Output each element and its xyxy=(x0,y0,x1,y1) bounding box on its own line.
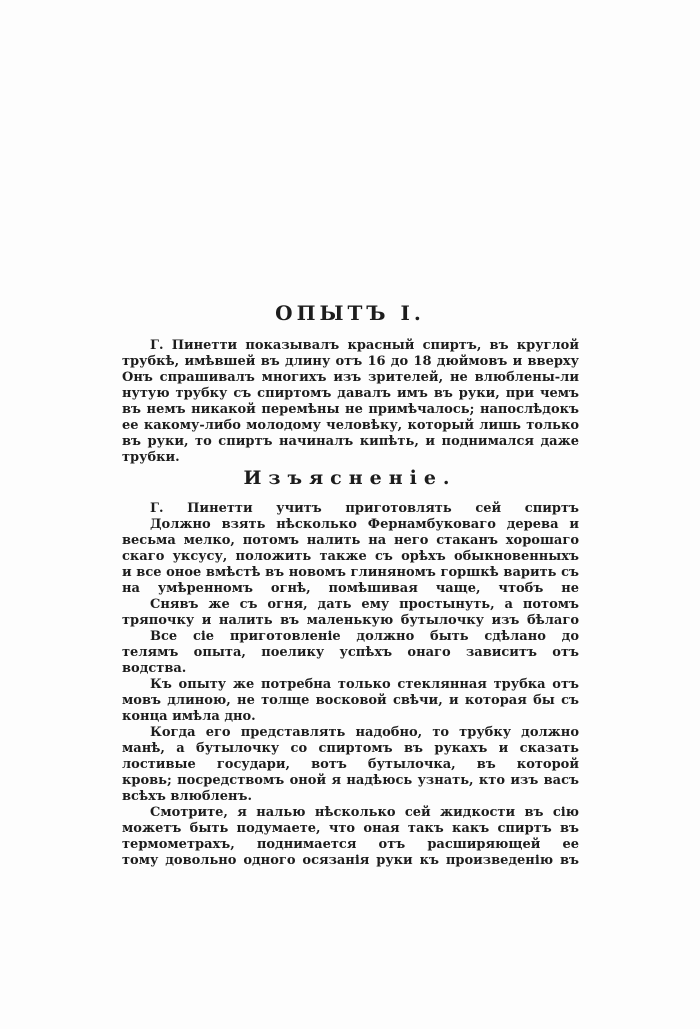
text-line: Должно взять нѣсколько Фернамбуковаго де… xyxy=(122,517,579,533)
text-line: тому довольно одного осязанія руки къ пр… xyxy=(122,853,579,869)
text-line: лостивые государи, вотъ бутылочка, въ ко… xyxy=(122,757,579,773)
paragraph-straining: Снявъ же съ огня, дать ему простынуть, а… xyxy=(122,597,579,629)
explanation-text-block: Г. Пинетти учитъ приготовлять сей спиртъ… xyxy=(122,501,579,869)
section-heading: Изъясненіе. xyxy=(0,467,700,489)
text-line: Онъ спрашивалъ многихъ изъ зрителей, не … xyxy=(122,370,579,386)
text-line: мовъ длиною, не толще восковой свѣчи, и … xyxy=(122,693,579,709)
paragraph-method-lead: Г. Пинетти учитъ приготовлять сей спиртъ… xyxy=(122,501,579,517)
text-line: Г. Пинетти показывалъ красный спиртъ, въ… xyxy=(122,338,579,354)
text-line: трубкѣ, имѣвшей въ длину отъ 16 до 18 дю… xyxy=(122,354,579,370)
paragraph-recipe: Должно взять нѣсколько Фернамбуковаго де… xyxy=(122,517,579,597)
text-line: нутую трубку съ спиртомъ давалъ имъ въ р… xyxy=(122,386,579,402)
text-line: конца имѣла дно. xyxy=(122,709,579,725)
text-line: Когда его представлять надобно, то трубк… xyxy=(122,725,579,741)
intro-text-block: Г. Пинетти показывалъ красный спиртъ, въ… xyxy=(122,338,579,466)
text-line: Г. Пинетти учитъ приготовлять сей спиртъ… xyxy=(122,501,579,517)
experiment-title: ОПЫТЪ I. xyxy=(0,301,700,325)
text-line: Снявъ же съ огня, дать ему простынуть, а… xyxy=(122,597,579,613)
text-line: Все сіе приготовленіе должно быть сдѣлан… xyxy=(122,629,579,645)
text-line: трубки. xyxy=(122,450,579,466)
text-line: Смотрите, я налью нѣсколько сей жидкости… xyxy=(122,805,579,821)
text-line: ее какому-либо молодому человѣку, которы… xyxy=(122,418,579,434)
text-line: водства. xyxy=(122,661,579,677)
text-line: всѣхъ влюбленъ. xyxy=(122,789,579,805)
paragraph-intro: Г. Пинетти показывалъ красный спиртъ, въ… xyxy=(122,338,579,466)
paragraph-presentation: Когда его представлять надобно, то трубк… xyxy=(122,725,579,805)
book-page: ОПЫТЪ I. Г. Пинетти показывалъ красный с… xyxy=(0,0,700,1029)
text-line: кровь; посредствомъ оной я надѣюсь узнат… xyxy=(122,773,579,789)
text-line: манѣ, а бутылочку со спиртомъ въ рукахъ … xyxy=(122,741,579,757)
text-line: весьма мелко, потомъ налить на него стак… xyxy=(122,533,579,549)
text-line: Къ опыту же потребна только стеклянная т… xyxy=(122,677,579,693)
text-line: въ руки, то спиртъ начиналъ кипѣть, и по… xyxy=(122,434,579,450)
text-line: на умѣренномъ огнѣ, помѣшивая чаще, чтоб… xyxy=(122,581,579,597)
text-line: и все оное вмѣстѣ въ новомъ глиняномъ го… xyxy=(122,565,579,581)
text-line: скаго уксусу, положить также съ орѣхъ об… xyxy=(122,549,579,565)
paragraph-demonstration: Смотрите, я налью нѣсколько сей жидкости… xyxy=(122,805,579,869)
text-line: телямъ опыта, поелику успѣхъ онаго завис… xyxy=(122,645,579,661)
text-line: въ немъ никакой перемѣны не примѣчалось;… xyxy=(122,402,579,418)
paragraph-tube: Къ опыту же потребна только стеклянная т… xyxy=(122,677,579,725)
text-line: термометрахъ, поднимается отъ расширяюще… xyxy=(122,837,579,853)
paragraph-preparation: Все сіе приготовленіе должно быть сдѣлан… xyxy=(122,629,579,677)
text-line: можетъ быть подумаете, что оная такъ как… xyxy=(122,821,579,837)
text-line: тряпочку и налить въ маленькую бутылочку… xyxy=(122,613,579,629)
